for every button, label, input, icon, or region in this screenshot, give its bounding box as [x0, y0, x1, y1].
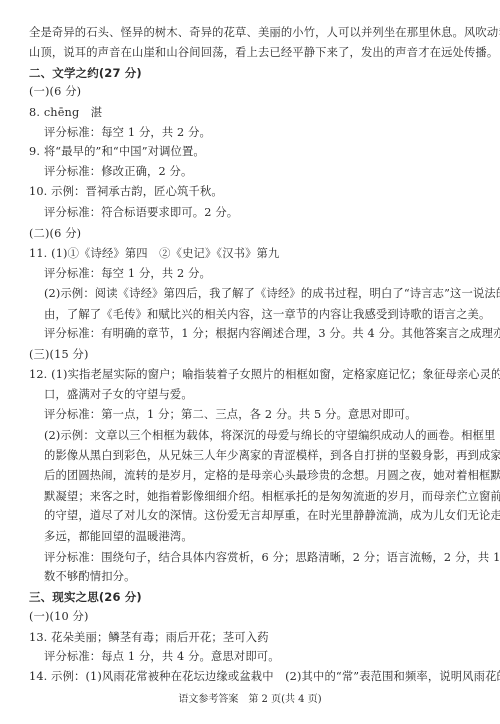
text-line: (一)(6 分): [29, 85, 81, 99]
text-line: 后的团圆热闹，流转的是岁月，定格的是母亲心头最珍贵的念想。月圆之夜，她对着相框默: [44, 469, 469, 483]
text-line: 评分标准：围绕句子，结合具体内容赏析，6 分；思路清晰，2 分；语言流畅，2 分…: [44, 551, 469, 565]
text-line: 10. 示例：晋祠承古韵，匠心筑千秋。: [29, 185, 223, 199]
text-line: (2)示例：文章以三个相框为载体，将深沉的母爱与绵长的守望编织成动人的画卷。相框…: [44, 429, 469, 443]
text-line: 评分标准：每点 1 分，共 4 分。意思对即可。: [44, 650, 280, 664]
text-line: 全是奇异的石头、怪异的树木、奇异的花草、美丽的小竹，人可以并列坐在那里休息。风吹…: [29, 26, 469, 40]
text-line: (二)(6 分): [29, 227, 81, 241]
text-line: 11. (1)①《诗经》第四 ②《史记》《汉书》第九: [29, 247, 279, 261]
text-line: 评分标准：每空 1 分，共 2 分。: [44, 267, 211, 281]
text-line: 14. 示例：(1)风雨花常被种在花坛边缘或盆栽中 (2)其中的“常”表范围和频…: [29, 670, 469, 684]
text-line: 评分标准：每空 1 分，共 2 分。: [44, 126, 211, 140]
text-line: 的影像从黑白到彩色，从兄妹三人年少离家的青涩模样，到各自打拼的坚毅身影，再到成家: [44, 449, 469, 463]
text-line: 山顶，说耳的声音在山崖和山谷间回荡，看上去已经平静下来了，发出的声音才在远处传播…: [29, 46, 498, 60]
text-line: 评分标准：符合标语要求即可。2 分。: [44, 206, 238, 220]
text-line: 默凝望；来客之时，她指着影像细细介绍。相框承托的是匆匆流逝的岁月，而母亲伫立窗前: [44, 490, 469, 504]
text-line: 评分标准：第一点，1 分；第二、三点，各 2 分。共 5 分。意思对即可。: [44, 408, 417, 422]
section-heading: 三、现实之思(26 分): [29, 590, 142, 604]
text-line: 评分标准：有明确的章节，1 分；根据内容阐述合理，3 分。共 4 分。其他答案言…: [44, 327, 469, 341]
text-line: 数不够酌情扣分。: [44, 570, 136, 584]
text-line: (2)示例：阅读《诗经》第四后，我了解了《诗经》的成书过程，明白了“诗言志”这一…: [44, 287, 469, 301]
text-line: 12. (1)实指老屋实际的窗户；喻指装着子女照片的相框如窗，定格家庭记忆；象征…: [29, 368, 469, 382]
text-line: 9. 将“最早的”和“中国”对调位置。: [29, 145, 205, 159]
text-line: 口，盛满对子女的守望与爱。: [44, 388, 193, 402]
page-footer: 语文参考答案 第 2 页(共 4 页): [0, 690, 500, 705]
text-line: 的守望，道尽了对儿女的深情。这份爱无言却厚重，在时光里静静流淌，成为儿女们无论走: [44, 509, 469, 523]
text-line: 8. chēng 湛: [29, 106, 102, 120]
text-line: 多远，都能回望的温暖港湾。: [44, 530, 193, 544]
text-line: (三)(15 分): [29, 348, 89, 362]
text-line: (一)(10 分): [29, 610, 89, 624]
text-line: 评分标准：修改正确，2 分。: [44, 165, 192, 179]
text-line: 13. 花朵美丽；鳞茎有毒；雨后开花；茎可入药: [29, 631, 269, 645]
answer-key-page: 全是奇异的石头、怪异的树木、奇异的花草、美丽的小竹，人可以并列坐在那里休息。风吹…: [0, 0, 500, 724]
section-heading: 二、文学之约(27 分): [29, 66, 142, 80]
text-line: 由，了解了《毛传》和赋比兴的相关内容，这一章节的内容让我感受到诗歌的语言之美。: [44, 308, 490, 322]
